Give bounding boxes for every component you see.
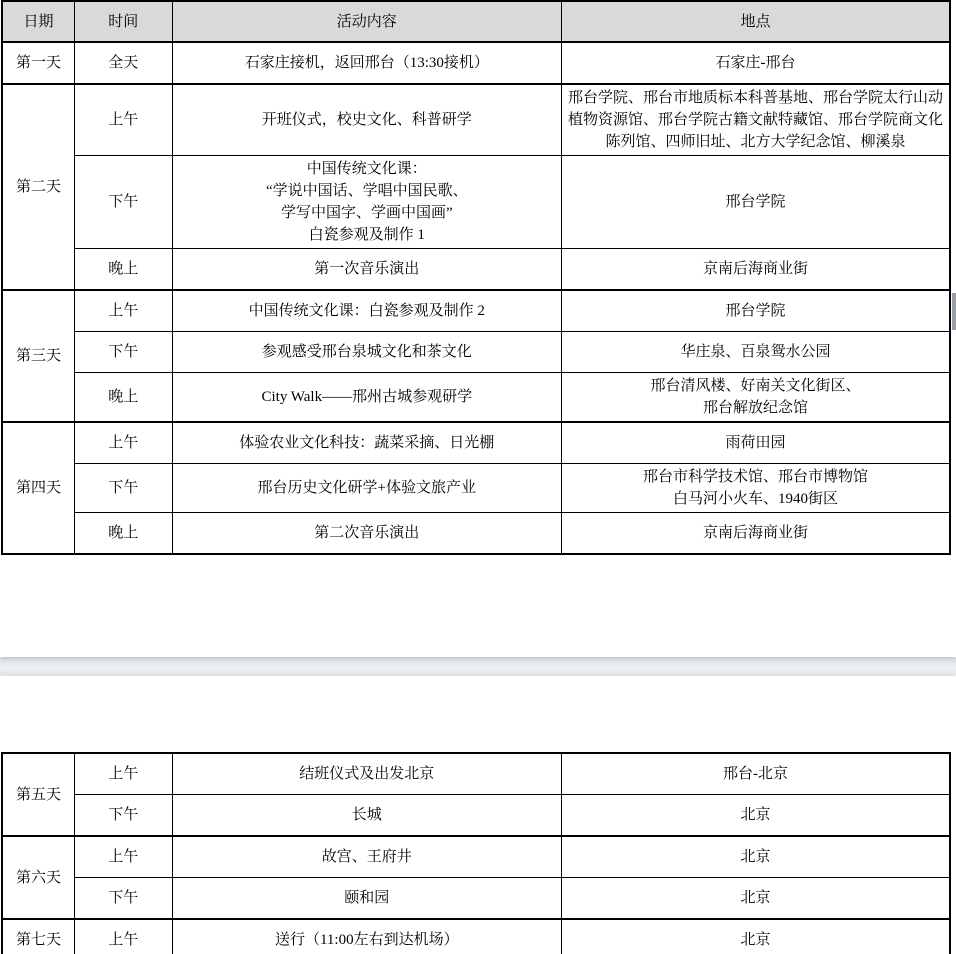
table-row: 第三天上午中国传统文化课：白瓷参观及制作 2邢台学院 (2, 290, 950, 332)
table-row: 第二天上午开班仪式，校史文化、科普研学邢台学院、邢台市地质标本科普基地、邢台学院… (2, 84, 950, 156)
time-cell[interactable]: 上午 (74, 84, 172, 156)
time-cell[interactable]: 晚上 (74, 513, 172, 555)
time-cell[interactable]: 上午 (74, 290, 172, 332)
itinerary-table-page-2: 第五天上午结班仪式及出发北京邢台-北京下午长城北京第六天上午故宫、王府井北京下午… (1, 752, 951, 954)
location-cell[interactable]: 北京 (562, 919, 950, 954)
header-time: 时间 (74, 1, 172, 42)
location-cell[interactable]: 邢台学院、邢台市地质标本科普基地、邢台学院太行山动植物资源馆、邢台学院古籍文献特… (562, 84, 950, 156)
location-cell[interactable]: 雨荷田园 (562, 422, 950, 464)
itinerary-table-page-1-container: 日期 时间 活动内容 地点 第一天全天石家庄接机，返回邢台（13:30接机）石家… (1, 0, 951, 555)
table-row: 第七天上午送行（11:00左右到达机场）北京 (2, 919, 950, 954)
table-row: 下午参观感受邢台泉城文化和茶文化华庄泉、百泉鸳水公园 (2, 332, 950, 373)
activity-cell[interactable]: 体验农业文化科技：蔬菜采摘、日光棚 (172, 422, 561, 464)
time-cell[interactable]: 全天 (74, 42, 172, 84)
location-cell[interactable]: 邢台学院 (562, 290, 950, 332)
header-row: 日期 时间 活动内容 地点 (2, 1, 950, 42)
activity-cell[interactable]: 第一次音乐演出 (172, 249, 561, 291)
time-cell[interactable]: 下午 (74, 795, 172, 837)
table-row: 下午颐和园北京 (2, 878, 950, 920)
day-cell[interactable]: 第五天 (2, 753, 74, 836)
page-break-separator (0, 657, 956, 676)
time-cell[interactable]: 上午 (74, 919, 172, 954)
location-cell[interactable]: 邢台市科学技术馆、邢台市博物馆 白马河小火车、1940街区 (562, 464, 950, 513)
day-cell[interactable]: 第三天 (2, 290, 74, 422)
activity-cell[interactable]: 第二次音乐演出 (172, 513, 561, 555)
day-cell[interactable]: 第二天 (2, 84, 74, 290)
location-cell[interactable]: 华庄泉、百泉鸳水公园 (562, 332, 950, 373)
itinerary-table-page-2-container: 第五天上午结班仪式及出发北京邢台-北京下午长城北京第六天上午故宫、王府井北京下午… (1, 752, 951, 954)
activity-cell[interactable]: 开班仪式，校史文化、科普研学 (172, 84, 561, 156)
table-row: 下午邢台历史文化研学+体验文旅产业邢台市科学技术馆、邢台市博物馆 白马河小火车、… (2, 464, 950, 513)
table-row: 晚上第二次音乐演出京南后海商业街 (2, 513, 950, 555)
table-row: 下午中国传统文化课： “学说中国话、学唱中国民歌、 学写中国字、学画中国画” 白… (2, 156, 950, 249)
table-row: 第六天上午故宫、王府井北京 (2, 836, 950, 878)
header-date: 日期 (2, 1, 74, 42)
activity-cell[interactable]: 结班仪式及出发北京 (172, 753, 561, 795)
activity-cell[interactable]: City Walk——邢州古城参观研学 (172, 373, 561, 423)
location-cell[interactable]: 京南后海商业街 (562, 249, 950, 291)
location-cell[interactable]: 北京 (562, 795, 950, 837)
time-cell[interactable]: 晚上 (74, 249, 172, 291)
location-cell[interactable]: 邢台清风楼、好南关文化街区、 邢台解放纪念馆 (562, 373, 950, 423)
location-cell[interactable]: 北京 (562, 836, 950, 878)
day-cell[interactable]: 第一天 (2, 42, 74, 84)
table-row: 下午长城北京 (2, 795, 950, 837)
activity-cell[interactable]: 邢台历史文化研学+体验文旅产业 (172, 464, 561, 513)
time-cell[interactable]: 下午 (74, 878, 172, 920)
time-cell[interactable]: 下午 (74, 332, 172, 373)
location-cell[interactable]: 邢台-北京 (562, 753, 950, 795)
activity-cell[interactable]: 故宫、王府井 (172, 836, 561, 878)
location-cell[interactable]: 北京 (562, 878, 950, 920)
time-cell[interactable]: 上午 (74, 753, 172, 795)
activity-cell[interactable]: 颐和园 (172, 878, 561, 920)
table-row: 第五天上午结班仪式及出发北京邢台-北京 (2, 753, 950, 795)
itinerary-table-page-1: 日期 时间 活动内容 地点 第一天全天石家庄接机，返回邢台（13:30接机）石家… (1, 0, 951, 555)
activity-cell[interactable]: 长城 (172, 795, 561, 837)
location-cell[interactable]: 邢台学院 (562, 156, 950, 249)
day-cell[interactable]: 第四天 (2, 422, 74, 554)
day-cell[interactable]: 第六天 (2, 836, 74, 919)
time-cell[interactable]: 上午 (74, 836, 172, 878)
time-cell[interactable]: 下午 (74, 156, 172, 249)
table-row: 晚上City Walk——邢州古城参观研学邢台清风楼、好南关文化街区、 邢台解放… (2, 373, 950, 423)
time-cell[interactable]: 下午 (74, 464, 172, 513)
activity-cell[interactable]: 石家庄接机，返回邢台（13:30接机） (172, 42, 561, 84)
location-cell[interactable]: 京南后海商业街 (562, 513, 950, 555)
activity-cell[interactable]: 送行（11:00左右到达机场） (172, 919, 561, 954)
header-activity: 活动内容 (172, 1, 561, 42)
table-row: 第四天上午体验农业文化科技：蔬菜采摘、日光棚雨荷田园 (2, 422, 950, 464)
day-cell[interactable]: 第七天 (2, 919, 74, 954)
time-cell[interactable]: 晚上 (74, 373, 172, 423)
time-cell[interactable]: 上午 (74, 422, 172, 464)
activity-cell[interactable]: 参观感受邢台泉城文化和茶文化 (172, 332, 561, 373)
scrollbar-thumb[interactable] (952, 293, 956, 330)
table-row: 第一天全天石家庄接机，返回邢台（13:30接机）石家庄-邢台 (2, 42, 950, 84)
activity-cell[interactable]: 中国传统文化课： “学说中国话、学唱中国民歌、 学写中国字、学画中国画” 白瓷参… (172, 156, 561, 249)
location-cell[interactable]: 石家庄-邢台 (562, 42, 950, 84)
activity-cell[interactable]: 中国传统文化课：白瓷参观及制作 2 (172, 290, 561, 332)
header-location: 地点 (562, 1, 950, 42)
table-row: 晚上第一次音乐演出京南后海商业街 (2, 249, 950, 291)
